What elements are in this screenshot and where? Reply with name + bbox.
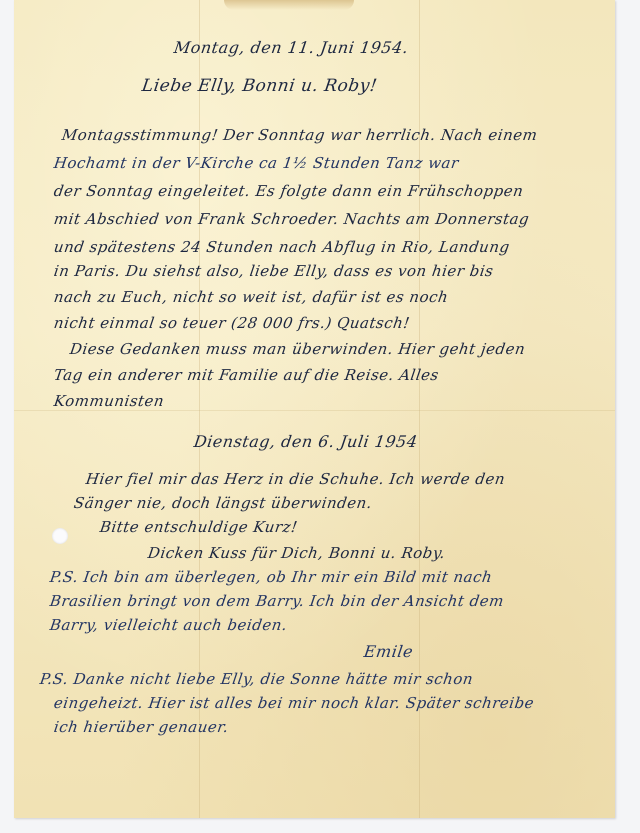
letter-line: nicht einmal so teuer (28 000 frs.) Quat… — [53, 314, 411, 332]
letter-line: Diese Gedanken muss man überwinden. Hier… — [69, 340, 527, 358]
fold-line — [14, 410, 615, 411]
letter-line: Hier fiel mir das Herz in die Schuhe. Ic… — [85, 470, 507, 488]
letter-line: Hochamt in der V-Kirche ca 1½ Stunden Ta… — [53, 154, 460, 172]
signature: Emile — [363, 642, 415, 661]
paper-stain — [224, 0, 354, 10]
dateline-1: Montag, den 11. Juni 1954. — [173, 38, 410, 57]
letter-line: Dicken Kuss für Dich, Bonni u. Roby. — [147, 544, 447, 562]
postscript-line: ich hierüber genauer. — [53, 718, 230, 736]
letter-line: Brasilien bringt von dem Barry. Ich bin … — [49, 592, 505, 610]
letter-line: in Paris. Du siehst also, liebe Elly, da… — [53, 262, 495, 280]
letter-line: Sänger nie, doch längst überwinden. — [73, 494, 374, 512]
letter-line: nach zu Euch, nicht so weit ist, dafür i… — [53, 288, 450, 306]
letter-line: mit Abschied von Frank Schroeder. Nachts… — [53, 210, 531, 228]
postscript-line: P.S. Danke nicht liebe Elly, die Sonne h… — [39, 670, 475, 688]
letter-line: der Sonntag eingeleitet. Es folgte dann … — [53, 182, 525, 200]
salutation: Liebe Elly, Bonni u. Roby! — [141, 76, 379, 96]
letter-line: und spätestens 24 Stunden nach Abflug in… — [53, 238, 511, 256]
dateline-2: Dienstag, den 6. Juli 1954 — [193, 432, 419, 451]
letter-line: Barry, vielleicht auch beiden. — [49, 616, 289, 634]
letter-line: Kommunisten — [53, 392, 166, 410]
punch-hole — [52, 528, 68, 544]
letter-page: Montag, den 11. Juni 1954. Liebe Elly, B… — [14, 0, 615, 818]
letter-line: Bitte entschuldige Kurz! — [99, 518, 299, 536]
letter-line: P.S. Ich bin am überlegen, ob Ihr mir ei… — [49, 568, 494, 586]
letter-line: Montagsstimmung! Der Sonntag war herrlic… — [61, 126, 539, 144]
letter-line: Tag ein anderer mit Familie auf die Reis… — [53, 366, 440, 384]
postscript-line: eingeheizt. Hier ist alles bei mir noch … — [53, 694, 536, 712]
